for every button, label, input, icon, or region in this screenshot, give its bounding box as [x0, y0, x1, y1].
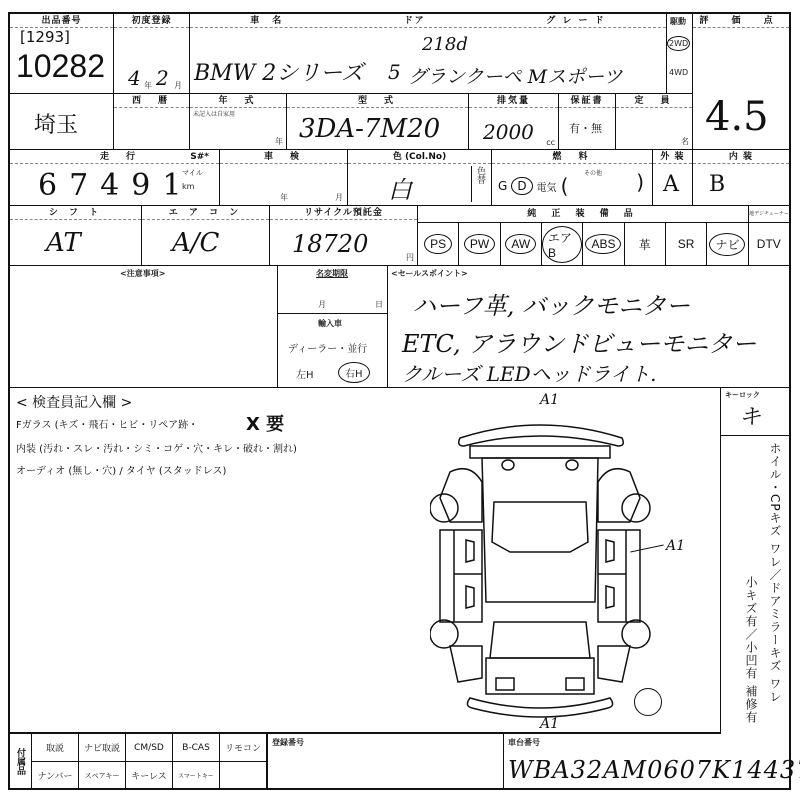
inspection-cell: 車 検 年 月	[220, 150, 348, 206]
displacement: 2000	[483, 120, 534, 144]
tuner-label: 地デジチューナー	[749, 206, 789, 223]
caution-label: <注意事項>	[120, 268, 165, 279]
acc-smart-key: スマートキー	[173, 762, 220, 790]
displacement-label: 排気量	[469, 95, 558, 108]
color: 白	[388, 170, 412, 205]
equip-label: ナビ	[709, 233, 745, 256]
caution-cell: <注意事項>	[10, 266, 278, 388]
equip-label: エアB	[542, 226, 582, 263]
acc-remote: リモコン	[220, 734, 267, 762]
interior-cell: 内 装 B	[693, 150, 789, 206]
acc-bcas: B-CAS	[173, 734, 220, 762]
displacement-cell: 排気量 2000 cc	[469, 94, 559, 150]
equipment-label: 純 正 装 備 品	[418, 206, 749, 223]
grade-model: 218d	[422, 34, 468, 55]
equipment-options: PS PW AW エアB ABS 革 SR ナビ DTV	[418, 223, 789, 265]
warranty-options: 有・無	[569, 120, 602, 136]
first-reg-cell: 初度登録 4 年 2 月	[114, 14, 190, 94]
equip-airbag: エアB	[542, 223, 583, 265]
fuel-options: G D 電気 (	[498, 174, 568, 198]
fuel-electric: 電気	[537, 179, 557, 194]
sn-label: S#*	[190, 151, 209, 163]
accessories-label: 付属品	[10, 734, 32, 790]
exterior-grade: A	[663, 172, 679, 197]
model-year-cell: 年 式 未記入は自家用 年	[190, 94, 287, 150]
recycle-cell: リサイクル預託金 18720 円	[270, 206, 418, 266]
car-header: 車 名 ドア グ レ ー ド	[190, 15, 666, 28]
drive-4wd: 4WD	[669, 68, 688, 77]
car-name-label: 車 名	[250, 15, 283, 27]
region-cell: 埼玉	[10, 94, 114, 150]
key-lock-label: キーロック	[725, 390, 760, 400]
spare-tire-icon	[634, 688, 662, 716]
lot-number: 10282	[16, 48, 105, 85]
color-label: 色 (Col.No)	[348, 151, 491, 164]
equip-abs: ABS	[583, 223, 624, 265]
mileage-header: 走 行 S#*	[10, 151, 219, 164]
door-label: ドア	[404, 15, 426, 27]
sales-point-2: ETC, アラウンドビューモニター	[402, 324, 756, 359]
score-cell: 評 価 点 4.5	[693, 14, 789, 150]
handle-left: 左H	[296, 366, 314, 381]
drive-2wd: 2WD	[667, 36, 690, 51]
unit-km: km	[182, 182, 194, 191]
equip-label: 革	[634, 234, 656, 255]
equip-aw: AW	[501, 223, 542, 265]
fuel-gasoline: G	[498, 179, 507, 193]
acc-manual: 取説	[32, 734, 79, 762]
month-unit: 月	[174, 80, 182, 91]
western-label: 西 暦	[114, 95, 189, 108]
model-year-unit: 年	[275, 136, 283, 147]
import-label: 輸入車	[318, 318, 342, 329]
sales-point-cell: <セールスポイント> ハーフ革, バックモニター ETC, アラウンドビューモニ…	[388, 266, 789, 388]
warranty-label: 保証書	[559, 95, 615, 108]
import-type: ディーラー・並行	[288, 340, 367, 355]
fuel-other-label: その他	[584, 168, 602, 177]
recycle-fee: 18720	[292, 230, 368, 258]
first-reg-month: 2	[156, 66, 169, 90]
drive-label: 駆動	[670, 16, 686, 27]
fuel-paren-close: )	[636, 170, 644, 194]
drive-cell: 駆動 2WD 4WD	[667, 14, 693, 94]
glass-line: Fガラス (キズ・飛石・ヒビ・リペア跡・	[16, 416, 198, 431]
type-cell: 型 式 3DA-7M20	[287, 94, 469, 150]
reg-number-cell: 登録番号	[268, 734, 504, 790]
fuel-diesel: D	[511, 177, 532, 195]
equip-dtv: DTV	[749, 223, 789, 265]
damage-side: A1	[666, 538, 685, 554]
color-cell: 色 (Col.No) 白 色替	[348, 150, 492, 206]
color-change-label: 色替	[471, 166, 487, 202]
damage-rear: A1	[540, 716, 559, 732]
ac-cell: エ ア コ ン A/C	[142, 206, 270, 266]
mileage-cell: 走 行 S#* 67491 マイル km	[10, 150, 220, 206]
recycle-label: リサイクル預託金	[270, 207, 417, 220]
acc-empty	[220, 762, 267, 790]
door-count: 5	[388, 60, 401, 84]
sales-point-3: クルーズ LEDヘッドライト.	[402, 358, 656, 387]
name-change-box: 名変期限 月 日	[278, 266, 387, 314]
name-change-label: 名変期限	[316, 268, 348, 279]
sales-point-1: ハーフ革, バックモニター	[412, 286, 690, 321]
warranty-cell: 保証書 有・無	[559, 94, 616, 150]
venue-label: 出品番号	[10, 15, 113, 28]
equip-label: PS	[424, 234, 452, 254]
interior-grade: B	[709, 172, 725, 197]
name-change-month: 月	[318, 299, 326, 310]
reg-number-label: 登録番号	[272, 737, 304, 748]
first-reg-label: 初度登録	[114, 15, 189, 28]
car-name: BMW 2シリーズ	[194, 56, 363, 87]
exterior-cell: 外 装 A	[653, 150, 693, 206]
acc-navi-manual: ナビ取説	[79, 734, 126, 762]
type-code: 3DA-7M20	[299, 114, 440, 144]
equip-leather: 革	[625, 223, 666, 265]
acc-spare-key: スペアキー	[79, 762, 126, 790]
region: 埼玉	[34, 108, 78, 139]
capacity-cell: 定 員 名	[616, 94, 693, 150]
grade-label: グ レ ー ド	[546, 15, 605, 27]
unit-mile: マイル	[182, 168, 203, 178]
mileage: 67491	[38, 168, 193, 203]
car-diagram-icon	[430, 402, 660, 732]
acc-keyless: キーレス	[126, 762, 173, 790]
name-change-import-cell: 名変期限 月 日 輸入車 ディーラー・並行 左H 右H	[278, 266, 388, 388]
wheel-mirror-note: ホイル・CPキズ ワレ／ドアミラーキズ ワレ	[768, 442, 782, 732]
glass-mark: X 要	[246, 410, 284, 436]
shift-label: シ フ ト	[10, 207, 141, 220]
equip-label: PW	[464, 234, 495, 254]
chassis-label: 車台番号	[508, 737, 540, 748]
chassis-number: WBA32AM0607K14437	[508, 756, 800, 784]
name-change-day: 日	[375, 299, 383, 310]
auction-sheet: 出品番号 [1293] 10282 初度登録 4 年 2 月 車 名 ドア グ …	[8, 12, 791, 790]
sales-label: <セールスポイント>	[391, 268, 468, 279]
damage-front: A1	[540, 392, 559, 408]
equip-label: DTV	[752, 235, 786, 253]
equip-label: ABS	[585, 234, 621, 254]
model-year-note: 未記入は自家用	[193, 109, 235, 118]
fuel-cell: 燃 料 G D 電気 ( その他 )	[492, 150, 653, 206]
western-year-cell: 西 暦	[114, 94, 190, 150]
model-year-label: 年 式	[190, 95, 286, 108]
shift: AT	[46, 228, 81, 258]
fuel-label: 燃 料	[492, 151, 652, 164]
ac-label: エ ア コ ン	[142, 207, 269, 220]
inspection-label: 車 検	[220, 151, 347, 164]
venue-code: [1293]	[20, 28, 70, 46]
equipment-cell: 純 正 装 備 品 地デジチューナー PS PW AW エアB ABS 革 SR…	[418, 206, 789, 266]
equip-label: AW	[505, 234, 536, 254]
chassis-cell: 車台番号 WBA32AM0607K14437	[504, 734, 789, 790]
inspection-month-unit: 月	[335, 192, 343, 203]
score-value: 4.5	[705, 94, 769, 140]
mileage-label: 走 行	[100, 151, 139, 163]
ac: A/C	[172, 228, 219, 258]
acc-cm-sd: CM/SD	[126, 734, 173, 762]
key-lock-cell: キーロック キ	[721, 388, 789, 436]
interior-line: 内装 (汚れ・スレ・汚れ・シミ・コゲ・穴・キレ・破れ・割れ)	[16, 440, 297, 455]
handle-right: 右H	[338, 362, 370, 383]
yen-unit: 円	[406, 252, 414, 263]
capacity-label: 定 員	[616, 95, 692, 108]
capacity-unit: 名	[681, 136, 689, 147]
key-lock-mark: キ	[739, 400, 761, 431]
first-reg-year: 4	[128, 66, 141, 90]
acc-plate: ナンバー	[32, 762, 79, 790]
lot-cell: 出品番号 [1293] 10282	[10, 14, 114, 94]
score-label: 評 価 点	[693, 15, 789, 28]
inspector-title: < 検査員記入欄 >	[16, 392, 132, 412]
damage-size-note: 小キズ有／小凹有 補修有	[744, 576, 758, 726]
cc-unit: cc	[546, 138, 555, 147]
type-label: 型 式	[287, 95, 468, 108]
inspector-section: < 検査員記入欄 > Fガラス (キズ・飛石・ヒビ・リペア跡・ X 要 内装 (…	[10, 388, 721, 734]
grade: グランクーペ Mスポーツ	[408, 62, 622, 89]
equip-label: SR	[673, 235, 700, 253]
car-name-cell: 車 名 ドア グ レ ー ド BMW 2シリーズ 5 218d グランクーペ M…	[190, 14, 667, 94]
interior-label: 内 装	[693, 151, 789, 164]
equip-pw: PW	[459, 223, 500, 265]
equip-navi: ナビ	[707, 223, 748, 265]
equip-sunroof: SR	[666, 223, 707, 265]
accessories-grid: 付属品 取説 ナビ取説 CM/SD B-CAS リモコン ナンバー スペアキー …	[10, 734, 268, 790]
year-unit: 年	[144, 80, 152, 91]
exterior-label: 外 装	[653, 151, 692, 164]
equip-ps: PS	[418, 223, 459, 265]
audio-line: オーディオ (無し・穴) / タイヤ (スタッドレス)	[16, 462, 226, 477]
shift-cell: シ フ ト AT	[10, 206, 142, 266]
inspection-year-unit: 年	[280, 192, 288, 203]
